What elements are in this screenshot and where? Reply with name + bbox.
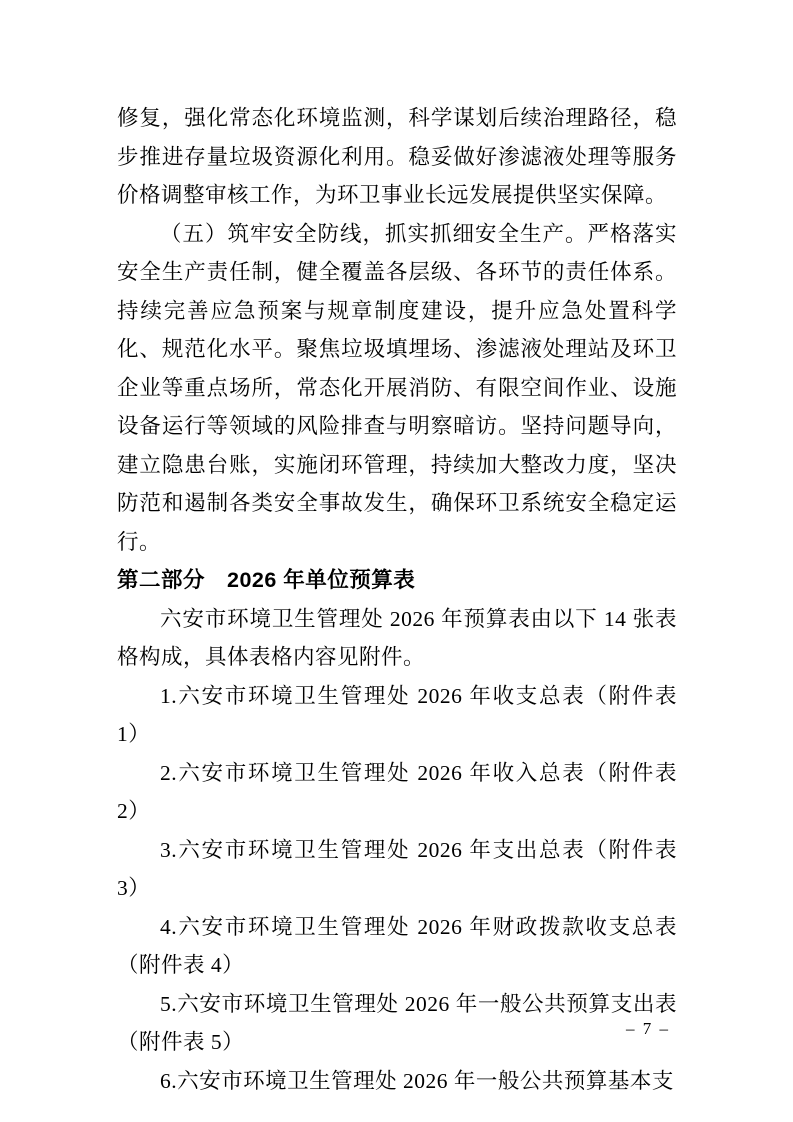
document-page: 修复，强化常态化环境监测，科学谋划后续治理路径，稳步推进存量垃圾资源化利用。稳妥… [0, 0, 793, 1122]
page-number: – 7 – [626, 1018, 670, 1040]
list-item-table-1: 1.六安市环境卫生管理处 2026 年收支总表（附件表 1） [117, 677, 677, 754]
paragraph-section-five: （五）筑牢安全防线，抓实抓细安全生产。严格落实安全生产责任制，健全覆盖各层级、各… [117, 215, 677, 562]
list-item-table-3: 3.六安市环境卫生管理处 2026 年支出总表（附件表 3） [117, 831, 677, 908]
list-item-table-4: 4.六安市环境卫生管理处 2026 年财政拨款收支总表（附件表 4） [117, 908, 677, 985]
list-item-table-2: 2.六安市环境卫生管理处 2026 年收入总表（附件表 2） [117, 754, 677, 831]
list-item-table-5: 5.六安市环境卫生管理处 2026 年一般公共预算支出表（附件表 5） [117, 985, 677, 1062]
list-item-table-6: 6.六安市环境卫生管理处 2026 年一般公共预算基本支 [117, 1062, 677, 1101]
paragraph-continuation: 修复，强化常态化环境监测，科学谋划后续治理路径，稳步推进存量垃圾资源化利用。稳妥… [117, 99, 677, 215]
section-heading: 第二部分 2026 年单位预算表 [117, 561, 677, 600]
document-body: 修复，强化常态化环境监测，科学谋划后续治理路径，稳步推进存量垃圾资源化利用。稳妥… [117, 99, 677, 1100]
paragraph-intro: 六安市环境卫生管理处 2026 年预算表由以下 14 张表格构成，具体表格内容见… [117, 600, 677, 677]
